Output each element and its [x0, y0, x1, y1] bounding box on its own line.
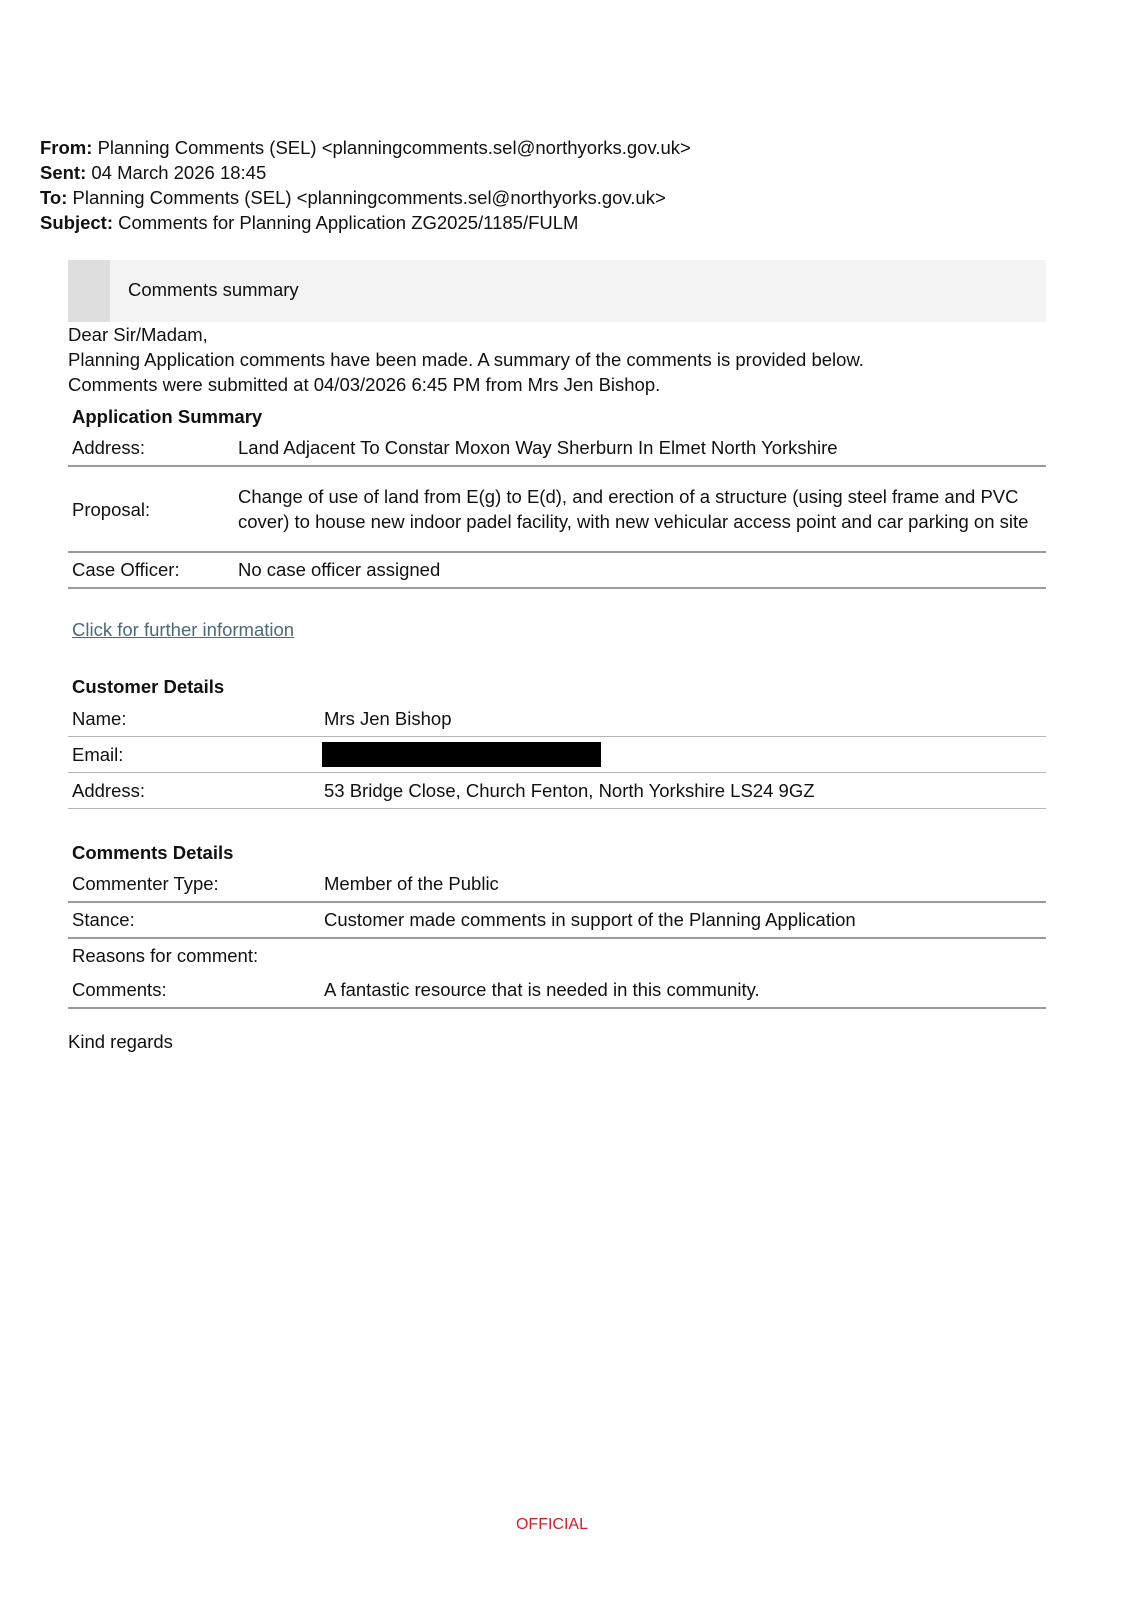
summary-bar-accent: [68, 260, 110, 322]
table-row: Commenter Type: Member of the Public: [68, 867, 1046, 902]
stance-value: Customer made comments in support of the…: [320, 902, 1046, 938]
comments-details-table: Commenter Type: Member of the Public Sta…: [68, 867, 1046, 1009]
stance-label: Stance:: [68, 902, 320, 938]
table-row: Name: Mrs Jen Bishop: [68, 701, 1046, 737]
reasons-label: Reasons for comment:: [68, 938, 320, 973]
sent-row: Sent: 04 March 2026 18:45: [40, 160, 691, 185]
case-officer-label: Case Officer:: [68, 552, 234, 588]
table-row: Stance: Customer made comments in suppor…: [68, 902, 1046, 938]
case-officer-value: No case officer assigned: [234, 552, 1046, 588]
customer-address-label: Address:: [68, 773, 320, 809]
sent-label: Sent:: [40, 162, 86, 183]
table-row: Reasons for comment:: [68, 938, 1046, 973]
classification-footer: OFFICIAL: [0, 1516, 1104, 1534]
comments-summary-bar: Comments summary: [68, 260, 1046, 322]
email-header: From: Planning Comments (SEL) <planningc…: [40, 135, 691, 235]
commenter-type-value: Member of the Public: [320, 867, 1046, 902]
table-row: Proposal: Change of use of land from E(g…: [68, 466, 1046, 552]
to-row: To: Planning Comments (SEL) <planningcom…: [40, 185, 691, 210]
name-value: Mrs Jen Bishop: [320, 701, 1046, 737]
comments-label: Comments:: [68, 973, 320, 1008]
proposal-label: Proposal:: [68, 466, 234, 552]
from-value: Planning Comments (SEL) <planningcomment…: [98, 137, 691, 158]
closing: Kind regards: [68, 1031, 1046, 1053]
email-label: Email:: [68, 737, 320, 773]
from-label: From:: [40, 137, 92, 158]
table-row: Address: Land Adjacent To Constar Moxon …: [68, 431, 1046, 466]
subject-row: Subject: Comments for Planning Applicati…: [40, 210, 691, 235]
commenter-type-label: Commenter Type:: [68, 867, 320, 902]
table-row: Comments: A fantastic resource that is n…: [68, 973, 1046, 1008]
email-redaction: [322, 742, 601, 767]
to-value: Planning Comments (SEL) <planningcomment…: [73, 187, 666, 208]
summary-bar-title: Comments summary: [128, 279, 299, 301]
reasons-value: [320, 938, 1046, 973]
comments-details-title: Comments Details: [68, 839, 1046, 867]
customer-details-table: Name: Mrs Jen Bishop Email: Address: 53 …: [68, 701, 1046, 809]
customer-address-value: 53 Bridge Close, Church Fenton, North Yo…: [320, 773, 1046, 809]
subject-label: Subject:: [40, 212, 113, 233]
comments-value: A fantastic resource that is needed in t…: [320, 973, 1046, 1008]
name-label: Name:: [68, 701, 320, 737]
proposal-value: Change of use of land from E(g) to E(d),…: [234, 466, 1046, 552]
email-body: Comments summary Dear Sir/Madam, Plannin…: [68, 260, 1046, 1053]
address-label: Address:: [68, 431, 234, 466]
table-row: Email:: [68, 737, 1046, 773]
application-summary-table: Address: Land Adjacent To Constar Moxon …: [68, 431, 1046, 589]
email-value: [320, 737, 1046, 773]
customer-details-title: Customer Details: [68, 673, 1046, 701]
further-information-link[interactable]: Click for further information: [68, 619, 1046, 641]
address-value: Land Adjacent To Constar Moxon Way Sherb…: [234, 431, 1046, 466]
table-row: Case Officer: No case officer assigned: [68, 552, 1046, 588]
table-row: Address: 53 Bridge Close, Church Fenton,…: [68, 773, 1046, 809]
subject-value: Comments for Planning Application ZG2025…: [118, 212, 578, 233]
application-summary-title: Application Summary: [68, 403, 1046, 431]
from-row: From: Planning Comments (SEL) <planningc…: [40, 135, 691, 160]
intro-line-2: Comments were submitted at 04/03/2026 6:…: [68, 372, 1046, 397]
to-label: To:: [40, 187, 67, 208]
sent-value: 04 March 2026 18:45: [91, 162, 266, 183]
greeting: Dear Sir/Madam,: [68, 322, 1046, 347]
intro-line-1: Planning Application comments have been …: [68, 347, 1046, 372]
intro-text: Dear Sir/Madam, Planning Application com…: [68, 322, 1046, 397]
